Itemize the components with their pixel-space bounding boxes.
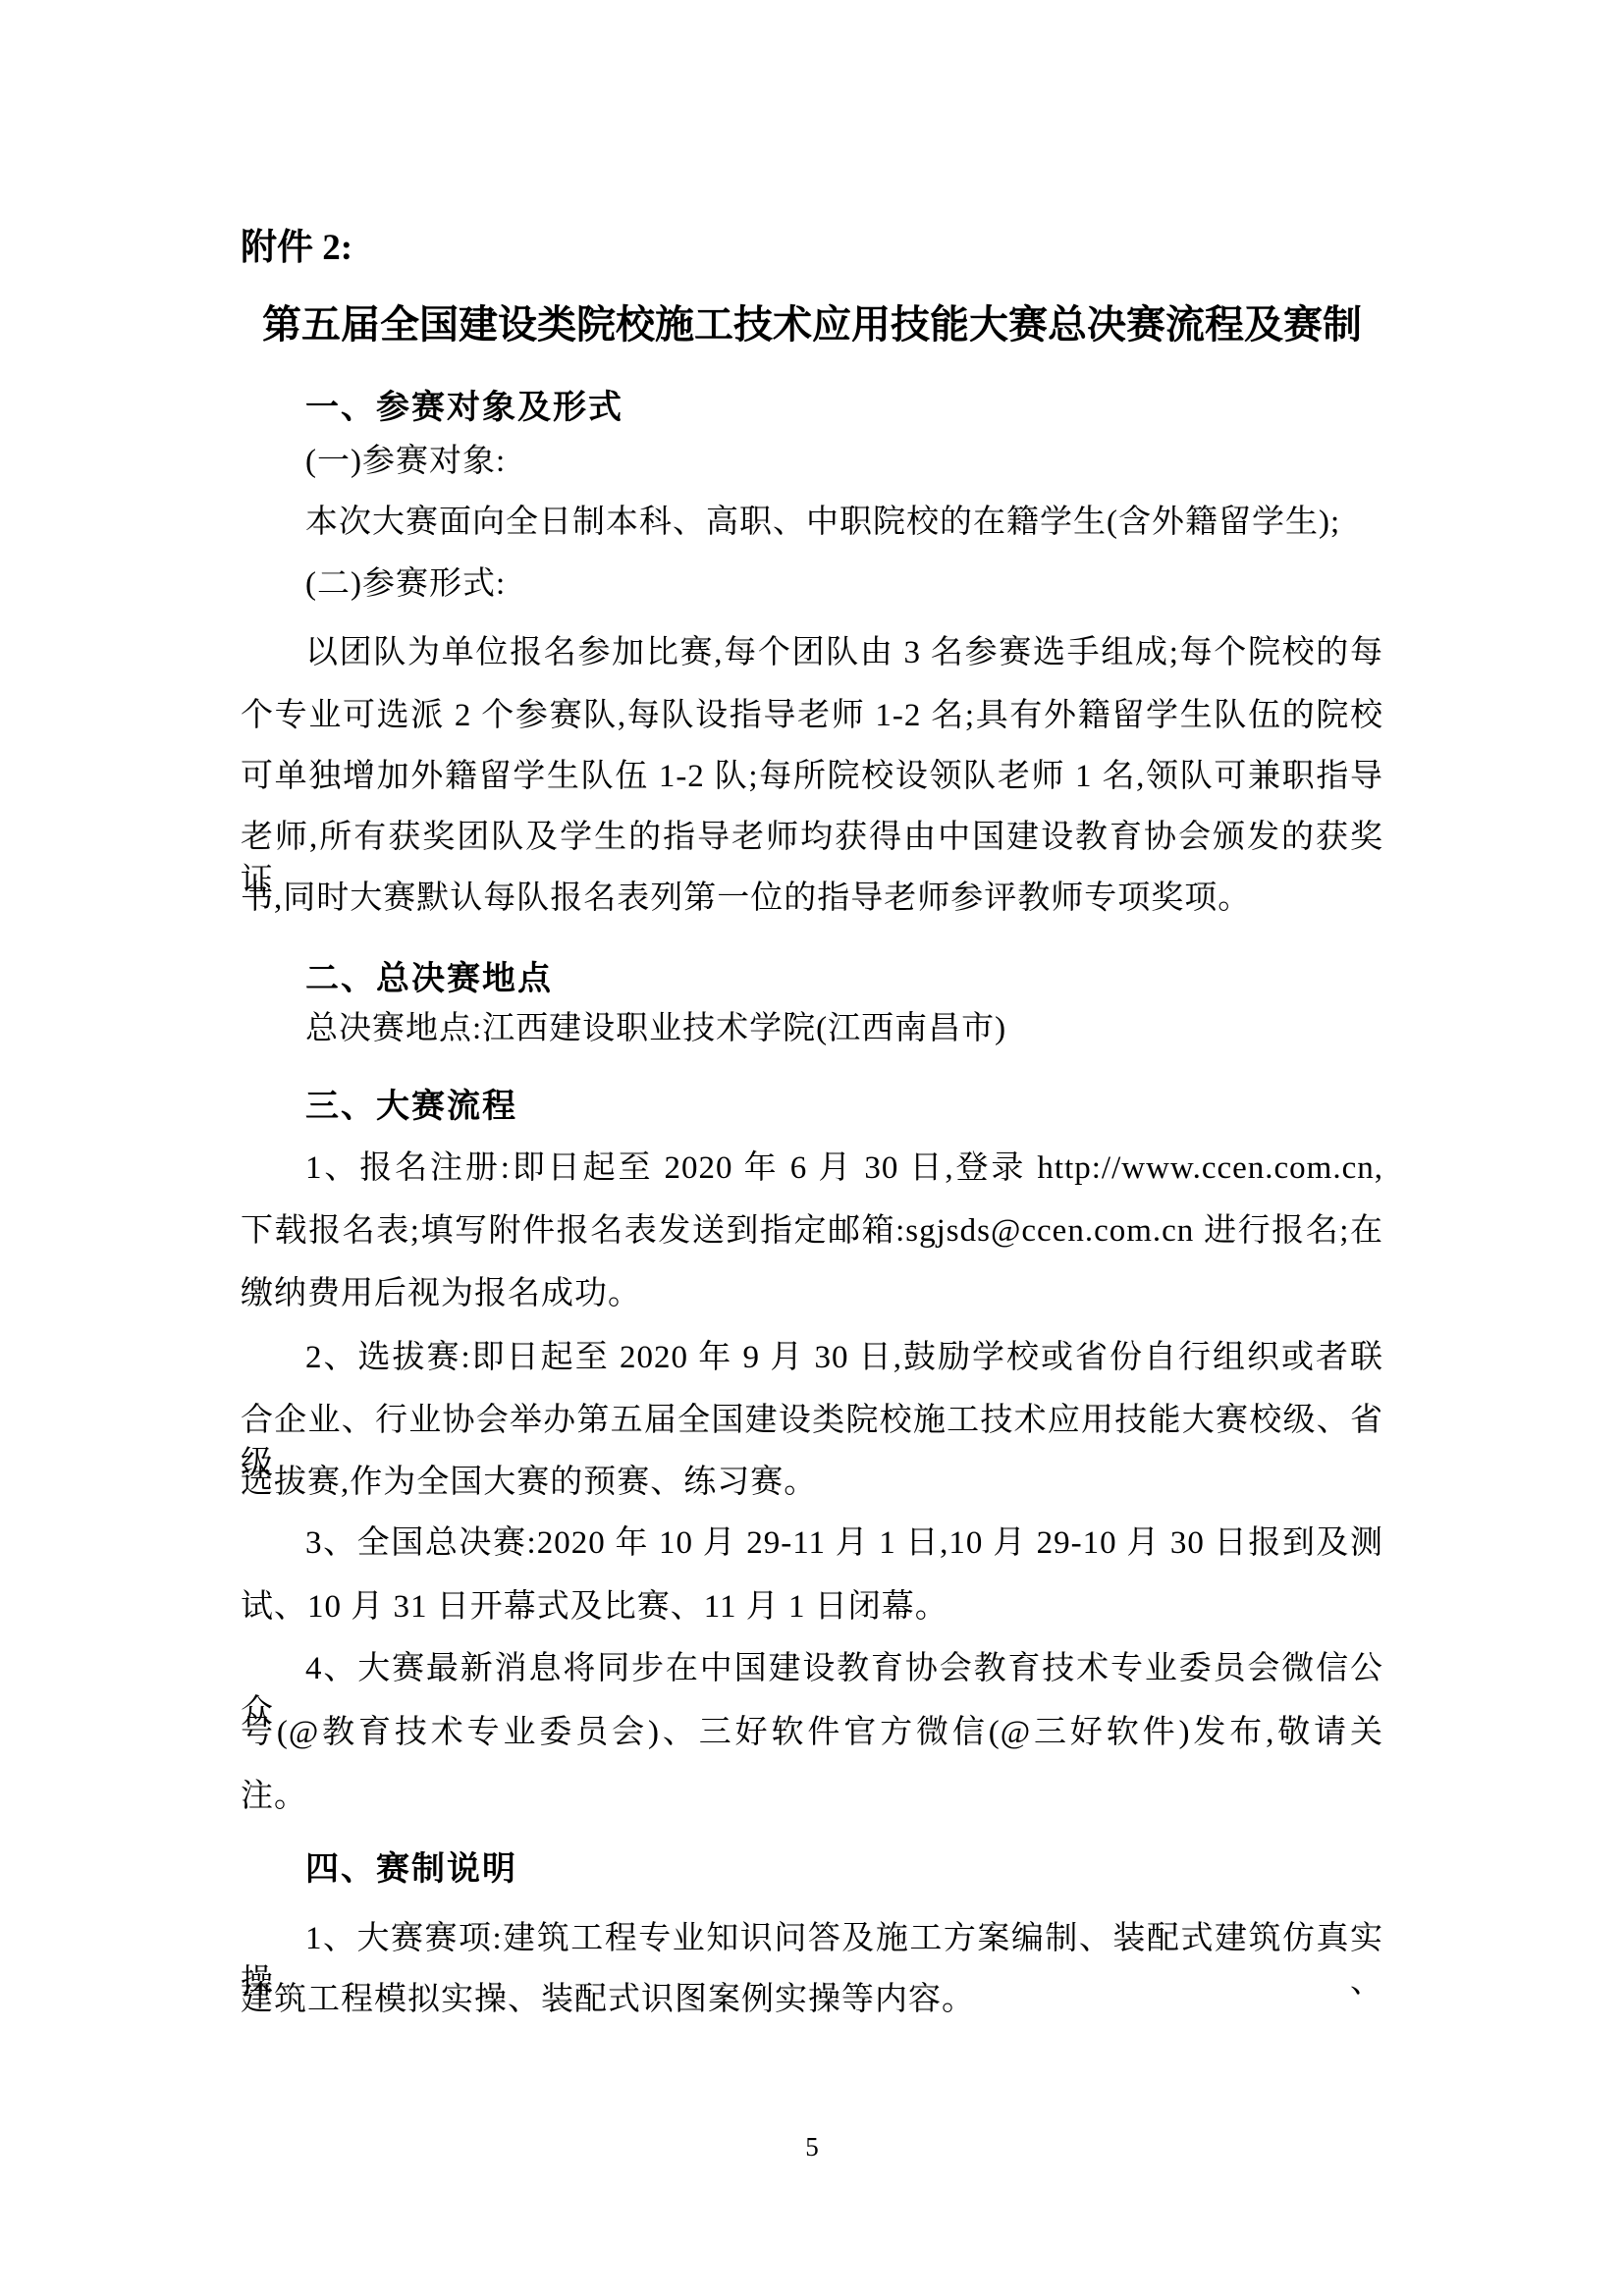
body-line: 2、选拔赛:即日起至 2020 年 9 月 30 日,鼓励学校或省份自行组织或者…: [241, 1336, 1383, 1379]
body-line: 注。: [241, 1775, 1383, 1818]
section-heading-2: 二、总决赛地点: [241, 957, 1383, 1000]
body-line: 1、报名注册:即日起至 2020 年 6 月 30 日,登录 http://ww…: [241, 1147, 1383, 1190]
body-line: (一)参赛对象:: [241, 440, 1383, 483]
body-line: (二)参赛形式:: [241, 562, 1383, 606]
body-line: 试、10 月 31 日开幕式及比赛、11 月 1 日闭幕。: [241, 1585, 1383, 1629]
attachment-label: 附件 2:: [241, 227, 352, 270]
body-line: 号(@教育技术专业委员会)、三好软件官方微信(@三好软件)发布,敬请关: [241, 1711, 1383, 1754]
body-line: 以团队为单位报名参加比赛,每个团队由 3 名参赛选手组成;每个院校的每: [241, 631, 1383, 674]
body-line: 缴纳费用后视为报名成功。: [241, 1272, 1383, 1315]
body-line: 书,同时大赛默认每队报名表列第一位的指导老师参评教师专项奖项。: [241, 877, 1383, 920]
document-title: 第五届全国建设类院校施工技术应用技能大赛总决赛流程及赛制: [241, 299, 1383, 350]
body-line: 选拔赛,作为全国大赛的预赛、练习赛。: [241, 1461, 1383, 1504]
body-line: 个专业可选派 2 个参赛队,每队设指导老师 1-2 名;具有外籍留学生队伍的院校: [241, 694, 1383, 737]
body-line: 总决赛地点:江西建设职业技术学院(江西南昌市): [241, 1007, 1383, 1050]
body-line: 可单独增加外籍留学生队伍 1-2 队;每所院校设领队老师 1 名,领队可兼职指导: [241, 755, 1383, 798]
section-heading-4: 四、赛制说明: [241, 1847, 1383, 1891]
body-line: 本次大赛面向全日制本科、高职、中职院校的在籍学生(含外籍留学生);: [241, 501, 1383, 544]
body-line: 3、全国总决赛:2020 年 10 月 29-11 月 1 日,10 月 29-…: [241, 1522, 1383, 1565]
page-number: 5: [241, 2132, 1383, 2162]
body-line: 下载报名表;填写附件报名表发送到指定邮箱:sgjsds@ccen.com.cn …: [241, 1209, 1383, 1253]
section-heading-3: 三、大赛流程: [241, 1085, 1383, 1128]
section-heading-1: 一、参赛对象及形式: [241, 386, 1383, 429]
document-page: 附件 2: 第五届全国建设类院校施工技术应用技能大赛总决赛流程及赛制 一、参赛对…: [0, 0, 1624, 2296]
body-line: 建筑工程模拟实操、装配式识图案例实操等内容。: [241, 1978, 1383, 2021]
